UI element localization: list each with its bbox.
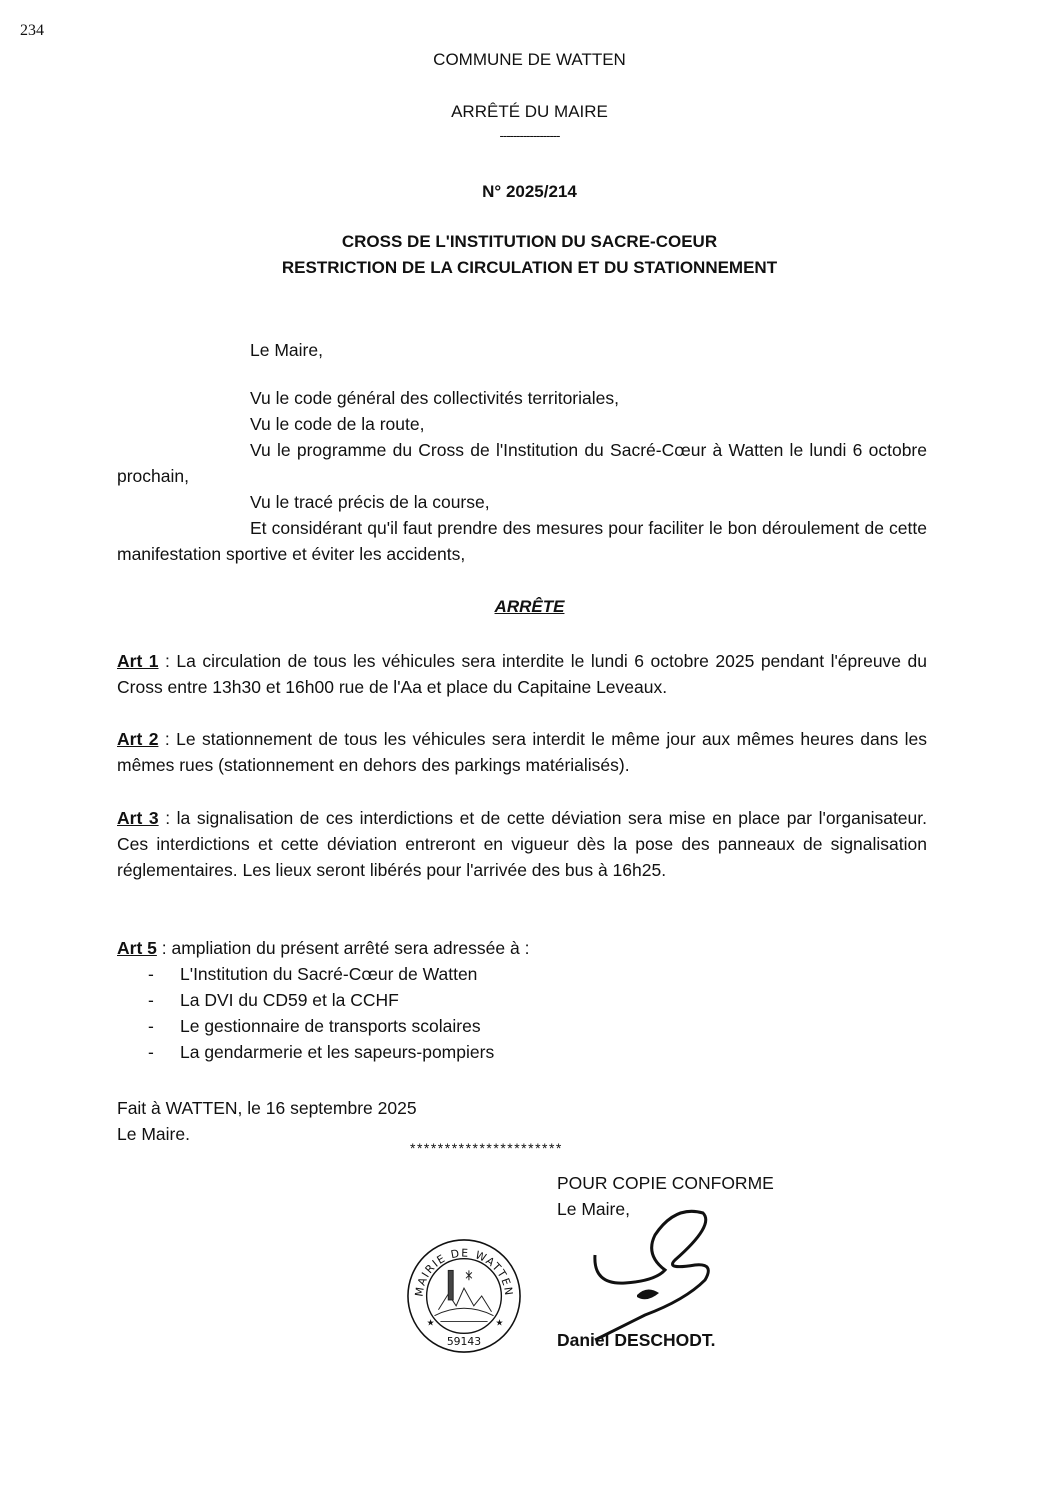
decree-title-line2: RESTRICTION DE LA CIRCULATION ET DU STAT… <box>0 258 1059 278</box>
svg-text:★: ★ <box>427 1318 435 1328</box>
article-5-label: Art 5 <box>117 938 157 958</box>
recipient-list: L'Institution du Sacré-Cœur de Watten La… <box>145 961 494 1065</box>
visa-3: Vu le programme du Cross de l'Institutio… <box>117 437 927 489</box>
seal-postcode: 59143 <box>447 1335 481 1348</box>
article-3: Art 3 : la signalisation de ces interdic… <box>117 805 927 883</box>
svg-text:★: ★ <box>495 1318 503 1328</box>
visa-2: Vu le code de la route, <box>117 411 927 437</box>
decision-heading: ARRÊTE <box>495 597 565 616</box>
article-2-text: : Le stationnement de tous les véhicules… <box>117 729 927 775</box>
town-seal-icon: MAIRIE DE WATTEN ★ ★ 59143 <box>405 1237 523 1355</box>
stars-separator: ********************** <box>410 1140 563 1156</box>
recipient-item: La DVI du CD59 et la CCHF <box>145 987 494 1013</box>
article-1-text: : La circulation de tous les véhicules s… <box>117 651 927 697</box>
header-separator: ------------------ <box>0 128 1059 143</box>
visa-1: Vu le code général des collectivités ter… <box>117 385 927 411</box>
seal-text: MAIRIE DE WATTEN <box>412 1247 515 1298</box>
article-5-text: : ampliation du présent arrêté sera adre… <box>157 938 530 958</box>
article-3-text: : la signalisation de ces interdictions … <box>117 808 927 880</box>
signature-icon <box>585 1205 725 1345</box>
decree-title-line1: CROSS DE L'INSTITUTION DU SACRE-COEUR <box>0 232 1059 252</box>
document-type: ARRÊTÉ DU MAIRE <box>0 102 1059 122</box>
visa-4: Vu le tracé précis de la course, <box>117 489 927 515</box>
certification-line1: POUR COPIE CONFORME <box>557 1170 774 1196</box>
decree-number: N° 2025/214 <box>0 182 1059 202</box>
recipient-item: L'Institution du Sacré-Cœur de Watten <box>145 961 494 987</box>
considerant: Et considérant qu'il faut prendre des me… <box>117 515 927 567</box>
svg-text:MAIRIE DE WATTEN: MAIRIE DE WATTEN <box>412 1247 515 1298</box>
article-1: Art 1 : La circulation de tous les véhic… <box>117 648 927 700</box>
salutation: Le Maire, <box>250 337 1059 363</box>
commune-name: COMMUNE DE WATTEN <box>0 50 1059 70</box>
article-3-label: Art 3 <box>117 808 159 828</box>
page-number: 234 <box>20 22 44 40</box>
article-1-label: Art 1 <box>117 651 159 671</box>
article-5: Art 5 : ampliation du présent arrêté ser… <box>117 935 927 961</box>
recipient-item: Le gestionnaire de transports scolaires <box>145 1013 494 1039</box>
article-2: Art 2 : Le stationnement de tous les véh… <box>117 726 927 778</box>
article-2-label: Art 2 <box>117 729 158 749</box>
place-date: Fait à WATTEN, le 16 septembre 2025 <box>117 1095 927 1121</box>
recipient-item: La gendarmerie et les sapeurs-pompiers <box>145 1039 494 1065</box>
